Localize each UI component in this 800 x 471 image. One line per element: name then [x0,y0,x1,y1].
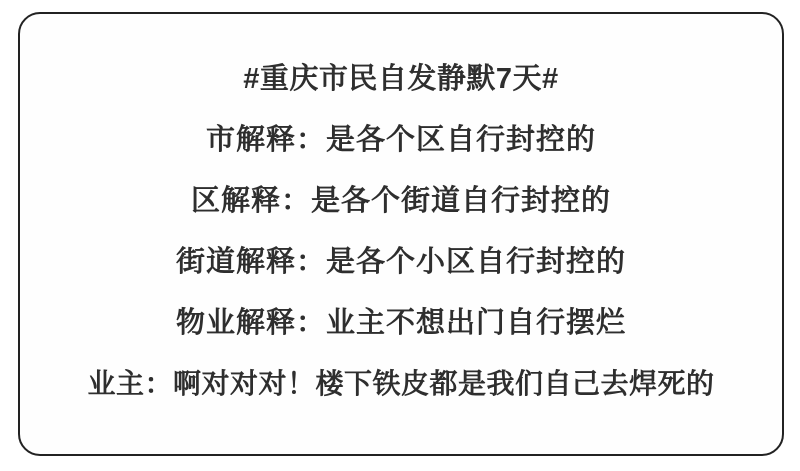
post-title: #重庆市民自发静默7天# [243,62,558,96]
post-line-district: 区解释：是各个街道自行封控的 [191,184,611,218]
post-line-street: 街道解释：是各个小区自行封控的 [176,245,626,279]
post-line-property: 物业解释：业主不想出门自行摆烂 [176,306,626,340]
meme-border-frame: #重庆市民自发静默7天# 市解释：是各个区自行封控的 区解释：是各个街道自行封控… [18,12,784,456]
post-line-city: 市解释：是各个区自行封控的 [206,123,596,157]
post-line-owner: 业主：啊对对对！楼下铁皮都是我们自己去焊死的 [87,367,714,401]
